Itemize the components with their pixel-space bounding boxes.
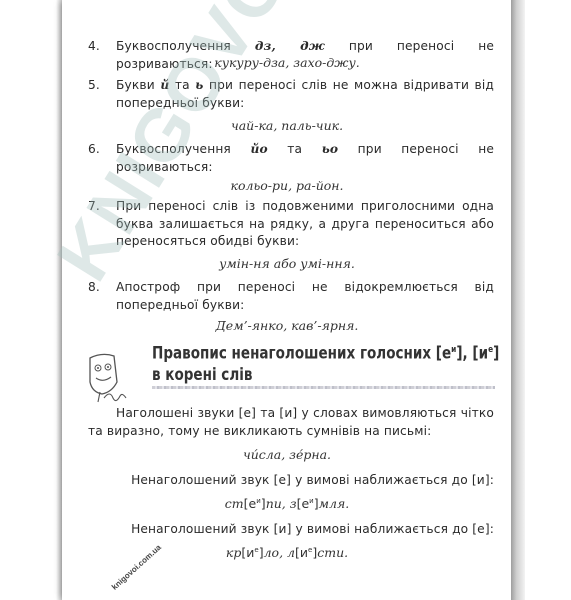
ipa-sup: и (451, 345, 456, 355)
rule-number: 7. (88, 198, 100, 216)
text-span: ст (225, 496, 244, 511)
rule-i-paragraph: Ненаголошений звук [и] у вимові наближає… (88, 521, 494, 539)
rule-5-example: чай-ка, паль-чик. (62, 118, 512, 133)
page-right-edge-shadow (511, 0, 525, 600)
letter: й (160, 78, 169, 92)
text-span: сти. (317, 545, 348, 560)
text-span: та (268, 142, 322, 156)
rule-i-example: кр[ие]ло, л[ие]сти. (62, 545, 512, 560)
heading-underline (152, 386, 495, 389)
ipa-sup: и (309, 497, 314, 505)
rule-text: Буквосполучення йо та ьо при переносі не… (116, 141, 494, 176)
ipa-letter: и (479, 344, 488, 363)
ipa-sup: е (308, 546, 312, 554)
ipa-sup: и (256, 497, 261, 505)
ipa-letter: и (300, 545, 308, 560)
rule-number: 5. (88, 77, 100, 95)
rule-e-example: ст[еи]пи, з[еи]мля. (62, 496, 512, 511)
ipa-bracket: [ие] (241, 545, 263, 560)
ipa-sup: е (488, 345, 493, 355)
text-span: кр (226, 545, 241, 560)
text-span: мля. (319, 496, 350, 511)
rule-number: 6. (88, 141, 100, 159)
text-span: Букви (116, 78, 160, 92)
ipa-letter: е (442, 344, 451, 363)
letter-combo: йо (250, 142, 267, 156)
intro-example: чи́сла, зе́рна. (62, 447, 512, 462)
ipa-bracket: [ие] (295, 545, 317, 560)
ipa-sup: е (254, 546, 258, 554)
text-span: Буквосполучення (116, 39, 255, 53)
rule-text: Букви й та ь при переносі слів не можна … (116, 77, 494, 112)
heading-line-1: Правопис ненаголошених голосних [еи], [и… (152, 340, 512, 364)
rule-text: При переносі слів із подовженими приголо… (116, 198, 494, 251)
text-span: Буквосполучення (116, 142, 250, 156)
rule-8-example: Дем’-янко, кав’-ярня. (62, 318, 512, 333)
rule-number: 8. (88, 279, 100, 297)
rule-e-paragraph: Ненаголошений звук [е] у вимові наближає… (88, 472, 494, 490)
heading-line-2: в корені слів (152, 364, 512, 385)
rule-7-example: умін-ня або умі-ння. (62, 256, 512, 271)
cartoon-mascot-icon (84, 352, 128, 404)
rule-4-example: кукуру-дза, захо-джу. (62, 55, 512, 70)
letter-combo: ьо (322, 142, 338, 156)
rule-6-example: кольо-ри, ра-йон. (62, 178, 512, 193)
rule-8: 8. Апостроф при переносі не відокремлюєт… (88, 279, 494, 314)
ipa-bracket: [еи] (244, 496, 266, 511)
letter-combo: дз, дж (255, 39, 325, 53)
book-page: 4. Буквосполучення дз, дж при переносі н… (62, 0, 512, 600)
intro-paragraph: Наголошені звуки [е] та [и] у словах вим… (88, 405, 494, 440)
text-span: та (169, 78, 195, 92)
heading-text: Правопис ненаголошених голосних (152, 344, 431, 363)
rule-7: 7. При переносі слів із подовженими приг… (88, 198, 494, 251)
rule-number: 4. (88, 38, 100, 56)
rule-text: Апостроф при переносі не відокремлюється… (116, 279, 494, 314)
rule-5: 5. Букви й та ь при переносі слів не мож… (88, 77, 494, 112)
text-span: пи (266, 496, 282, 511)
text-span: л (287, 545, 295, 560)
text-span: ло (264, 545, 280, 560)
ipa-bracket: [еи] (297, 496, 319, 511)
rule-6: 6. Буквосполучення йо та ьо при переносі… (88, 141, 494, 176)
text-span: з (290, 496, 297, 511)
section-heading: Правопис ненаголошених голосних [еи], [и… (152, 340, 512, 385)
